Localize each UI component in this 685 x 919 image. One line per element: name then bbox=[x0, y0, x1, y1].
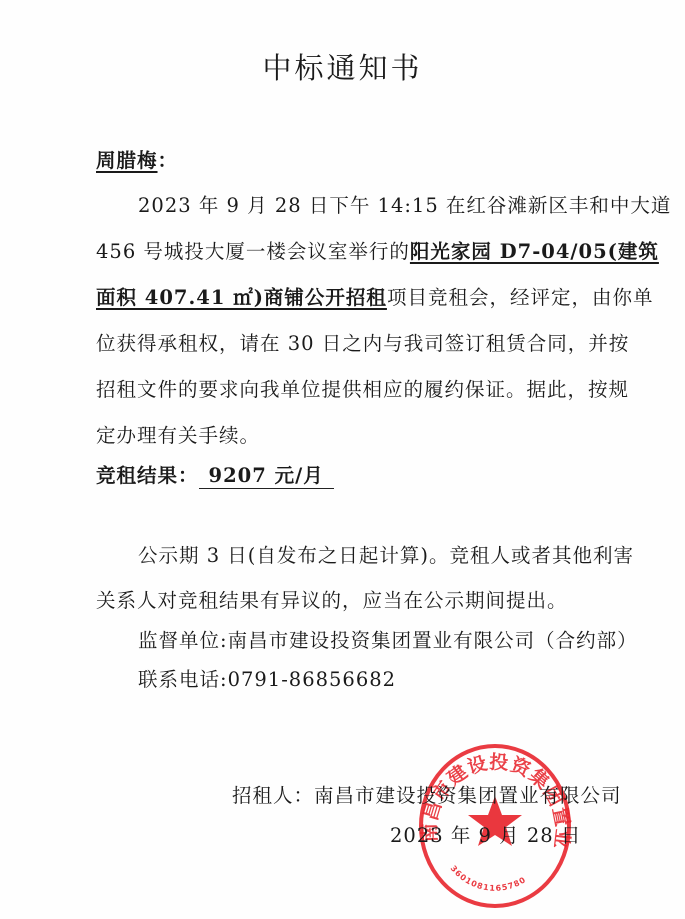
recipient-name: 周腊梅 bbox=[96, 149, 158, 172]
project-name-part1: 阳光家园 D7-04/05(建筑 bbox=[410, 240, 659, 263]
result-label: 竞租结果： bbox=[96, 464, 199, 487]
document-page: 中标通知书 周腊梅： 2023 年 9 月 28 日下午 14:15 在红谷滩新… bbox=[0, 0, 685, 919]
project-name-part2: 面积 407.41 ㎡)商铺公开招租 bbox=[96, 286, 387, 309]
paragraph1-line5: 招租文件的要求向我单位提供相应的履约保证。据此，按规 bbox=[96, 374, 629, 402]
paragraph1-line2: 456 号城投大厦一楼会议室举行的阳光家园 D7-04/05(建筑 bbox=[96, 236, 659, 264]
line2-prefix: 456 号城投大厦一楼会议室举行的 bbox=[96, 240, 410, 263]
salutation-colon: ： bbox=[158, 149, 179, 172]
paragraph1-line3: 面积 407.41 ㎡)商铺公开招租项目竞租会，经评定，由你单 bbox=[96, 282, 653, 310]
svg-text:3601081165780: 3601081165780 bbox=[449, 864, 528, 893]
lessor-signature: 招租人：南昌市建设投资集团置业有限公司 bbox=[232, 780, 622, 808]
paragraph1-line4: 位获得承租权，请在 30 日之内与我司签订租赁合同，并按 bbox=[96, 328, 629, 356]
supervisor-line: 监督单位:南昌市建设投资集团置业有限公司（合约部） bbox=[138, 625, 638, 653]
salutation: 周腊梅： bbox=[96, 145, 178, 173]
paragraph2-line2: 关系人对竞租结果有异议的，应当在公示期间提出。 bbox=[96, 585, 568, 613]
document-title: 中标通知书 bbox=[0, 46, 685, 87]
signature-date: 2023 年 9 月 28 日 bbox=[390, 820, 581, 848]
result-value: 9207 元/月 bbox=[199, 460, 334, 489]
seal-code: 3601081165780 bbox=[449, 864, 528, 893]
paragraph2-line1: 公示期 3 日(自发布之日起计算)。竞租人或者其他利害 bbox=[138, 540, 634, 568]
line3-suffix: 项目竞租会，经评定，由你单 bbox=[387, 286, 654, 309]
paragraph1-line6: 定办理有关手续。 bbox=[96, 420, 260, 448]
contact-line: 联系电话:0791-86856682 bbox=[138, 664, 396, 692]
paragraph1-line1: 2023 年 9 月 28 日下午 14:15 在红谷滩新区丰和中大道 bbox=[138, 190, 671, 218]
result-row: 竞租结果：9207 元/月 bbox=[96, 460, 334, 489]
